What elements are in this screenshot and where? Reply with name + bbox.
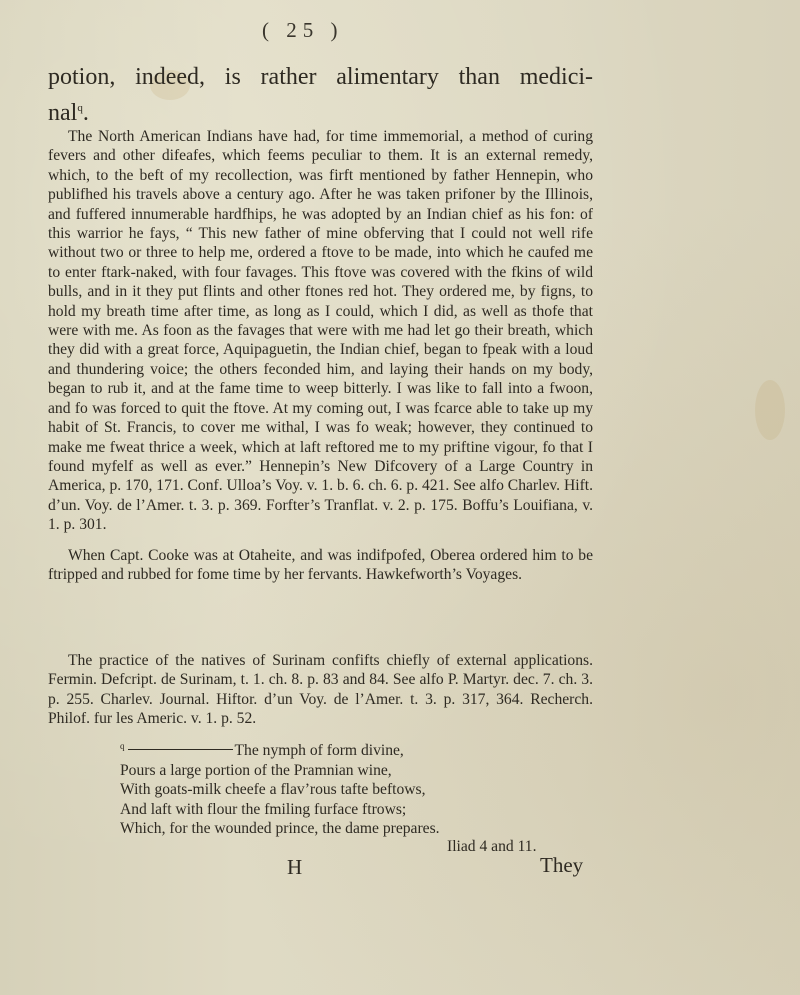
verse-line-5: Which, for the wounded prince, the dame … (120, 819, 440, 839)
note-paragraph-hennepin: The North American Indians have had, for… (48, 127, 593, 535)
verse-line-3: With goats-milk cheefe a flav’rous tafte… (120, 780, 440, 800)
verse-line-4: And laft with flour the fmiling furface … (120, 800, 440, 820)
paper-stain (755, 380, 785, 440)
footnote-mark: q (120, 741, 125, 751)
verse-line-2: Pours a large portion of the Pramnian wi… (120, 761, 440, 781)
page-number: ( 25 ) (262, 18, 344, 43)
note-text: The North American Indians have had, for… (48, 127, 593, 535)
signature-mark: H (287, 855, 302, 880)
verse-attribution: Iliad 4 and 11. (447, 838, 537, 856)
note-paragraph-cooke: When Capt. Cooke was at Otaheite, and wa… (48, 546, 593, 585)
footnote-verse: qThe nymph of form divine, Pours a large… (120, 737, 440, 839)
lead-line-2-end: . (83, 100, 89, 126)
lead-line-2-text: nal (48, 100, 77, 126)
note-text: The practice of the natives of Surinam c… (48, 651, 593, 729)
lead-line-2: nalq. (48, 93, 593, 129)
verse-line-1: qThe nymph of form divine, (120, 737, 440, 761)
lead-text: potion, indeed, is rather alimentary tha… (48, 62, 593, 129)
note-text: When Capt. Cooke was at Otaheite, and wa… (48, 546, 593, 585)
verse-line-text: The nymph of form divine, (235, 742, 404, 759)
catchword: They (540, 853, 583, 878)
book-page: ( 25 ) potion, indeed, is rather aliment… (0, 0, 800, 995)
em-rule (128, 749, 233, 750)
note-paragraph-surinam: The practice of the natives of Surinam c… (48, 651, 593, 729)
lead-line-1: potion, indeed, is rather alimentary tha… (48, 62, 593, 93)
